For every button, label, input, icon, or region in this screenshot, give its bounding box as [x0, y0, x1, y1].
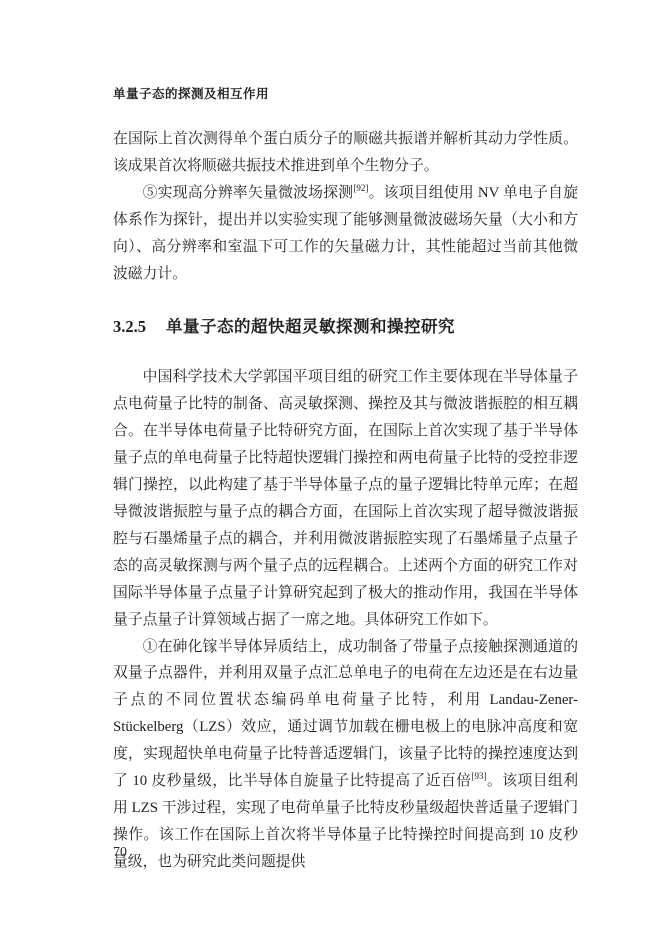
text-run: 中国科学技术大学郭国平项目组的研究工作主要体现在半导体量子点电荷量子比特的制备、…	[113, 369, 578, 627]
citation-ref: [93]	[472, 771, 487, 781]
section-title: 单量子态的超快超灵敏探测和操控研究	[166, 318, 455, 336]
text-run: ①在砷化镓半导体异质结上，成功制备了带量子点接触探测通道的双量子点器件，并利用双…	[113, 639, 578, 790]
running-header-title: 单量子态的探测及相互作用	[113, 87, 269, 101]
citation-ref: [92]	[353, 183, 368, 193]
paragraph-overview: 中国科学技术大学郭国平项目组的研究工作主要体现在半导体量子点电荷量子比特的制备、…	[113, 364, 578, 633]
running-header: 单量子态的探测及相互作用	[113, 86, 578, 103]
page-body: 在国际上首次测得单个蛋白质分子的顺磁共振谱并解析其动力学性质。该成果首次将顺磁共…	[113, 126, 578, 876]
paragraph-item-1: ①在砷化镓半导体异质结上，成功制备了带量子点接触探测通道的双量子点器件，并利用双…	[113, 634, 578, 876]
paragraph-item-5: ⑤实现高分辨率矢量微波场探测[92]。该项目组使用 NV 单电子自旋体系作为探针…	[113, 180, 578, 288]
document-page: 单量子态的探测及相互作用 在国际上首次测得单个蛋白质分子的顺磁共振谱并解析其动力…	[0, 0, 666, 930]
page-footer: 70	[113, 843, 127, 863]
paragraph-continuation: 在国际上首次测得单个蛋白质分子的顺磁共振谱并解析其动力学性质。该成果首次将顺磁共…	[113, 126, 578, 180]
text-run: ⑤实现高分辨率矢量微波场探测	[143, 185, 354, 201]
section-heading: 3.2.5单量子态的超快超灵敏探测和操控研究	[113, 316, 578, 338]
text-run: 在国际上首次测得单个蛋白质分子的顺磁共振谱并解析其动力学性质。该成果首次将顺磁共…	[113, 131, 578, 174]
section-number: 3.2.5	[113, 317, 146, 336]
page-number: 70	[113, 845, 127, 860]
